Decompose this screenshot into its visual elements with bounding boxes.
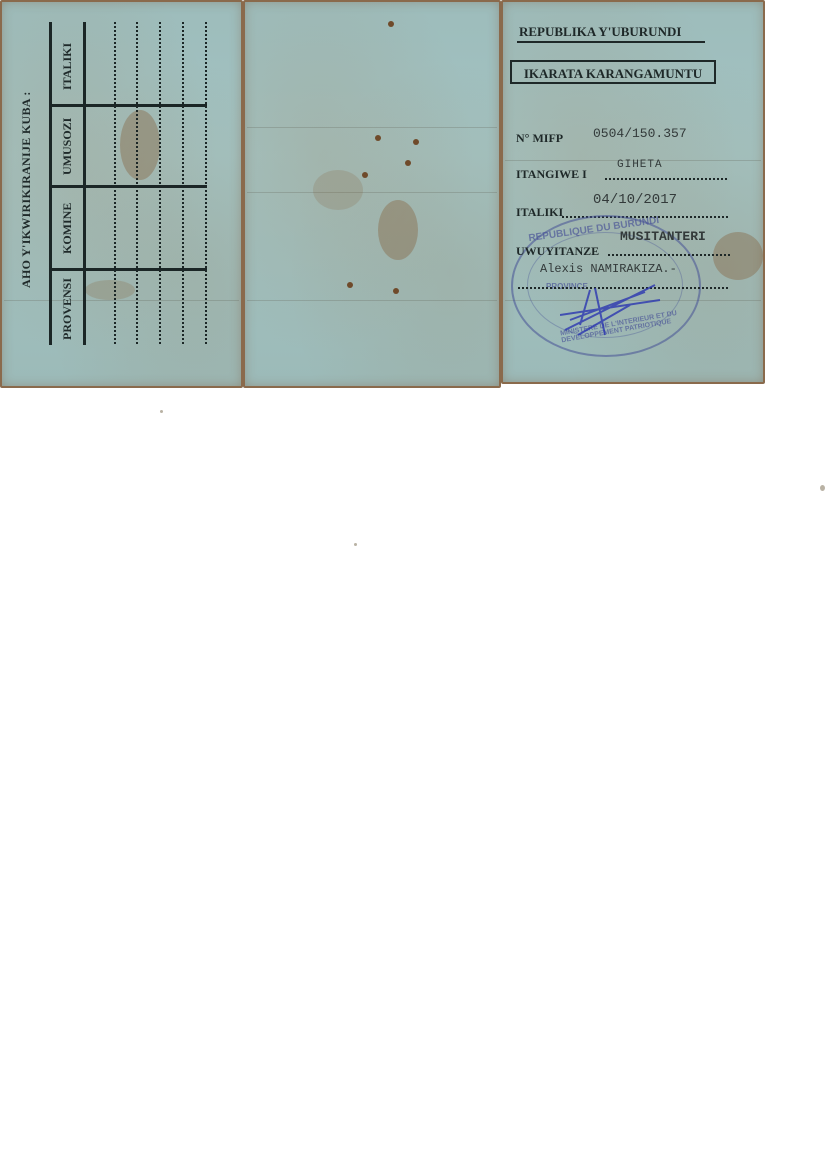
residence-table-title: AHO Y'IKWIRIKIRANIJE KUBA :	[19, 40, 59, 340]
signatory-title: MUSITANTERI	[620, 229, 706, 244]
column-header-provensi: PROVENSI	[60, 272, 80, 346]
punch-hole	[375, 135, 381, 141]
scan-speck	[160, 410, 163, 413]
stain	[313, 170, 363, 210]
issued-at-label: ITANGIWE I	[516, 167, 587, 182]
column-header-umusozi: UMUSOZI	[60, 108, 80, 184]
table-dotted-column	[159, 22, 161, 345]
stain	[378, 200, 418, 260]
punch-hole	[362, 172, 368, 178]
crease	[247, 192, 497, 193]
punch-hole	[405, 160, 411, 166]
middle-panel	[243, 0, 501, 388]
scan-speck	[354, 543, 357, 546]
table-dotted-column	[182, 22, 184, 345]
signatory-name: Alexis NAMIRAKIZA.-	[540, 262, 677, 276]
table-dotted-column	[136, 22, 138, 345]
country-underline	[517, 41, 705, 43]
identity-card: AHO Y'IKWIRIKIRANIJE KUBA : PROVENSI KOM…	[0, 0, 766, 390]
country-name: REPUBLIKA Y'UBURUNDI	[519, 24, 681, 40]
stain	[85, 280, 135, 300]
table-header-divider	[83, 22, 86, 345]
stain	[713, 232, 763, 280]
scan-speck	[820, 485, 825, 491]
table-border-left	[49, 22, 52, 345]
date-value: 04/10/2017	[593, 192, 677, 208]
column-header-italiki: ITALIKI	[60, 30, 80, 102]
mifp-value: 0504/150.357	[593, 126, 687, 141]
dotted-line	[605, 178, 728, 180]
crease	[247, 300, 497, 301]
table-dotted-column	[205, 22, 207, 345]
card-title: IKARATA KARANGAMUNTU	[510, 60, 716, 84]
column-header-komine: KOMINE	[60, 190, 80, 266]
dotted-line	[608, 254, 730, 256]
signature-icon	[560, 280, 670, 340]
stain	[120, 110, 160, 180]
date-label: ITALIKI	[516, 205, 563, 220]
punch-hole	[388, 21, 394, 27]
punch-hole	[347, 282, 353, 288]
crease	[247, 127, 497, 128]
signatory-label: UWUYITANZE	[516, 244, 599, 259]
table-dotted-column	[114, 22, 116, 345]
punch-hole	[393, 288, 399, 294]
mifp-label: N° MIFP	[516, 131, 563, 146]
issued-at-value: GIHETA	[617, 159, 663, 171]
punch-hole	[413, 139, 419, 145]
